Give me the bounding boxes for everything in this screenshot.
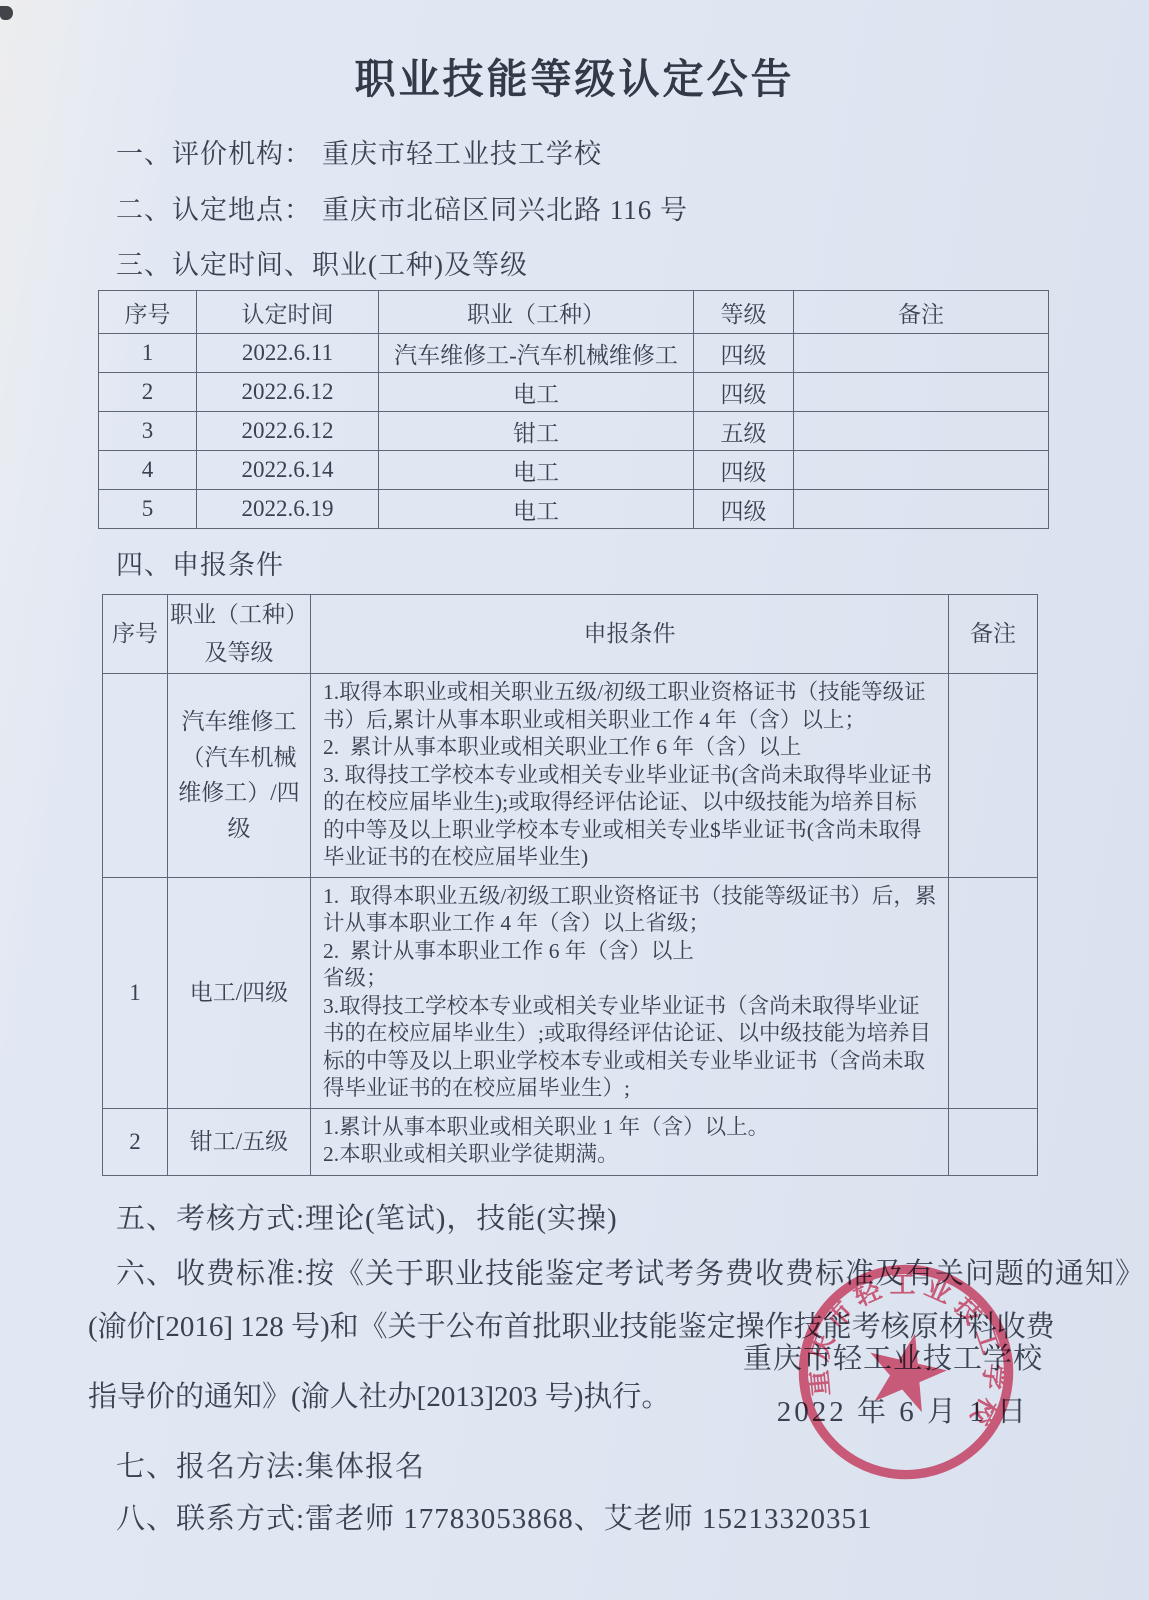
schedule-header-occupation: 职业（工种）: [379, 291, 694, 334]
cell-occupation: 钳工/五级: [168, 1108, 311, 1175]
schedule-header-level: 等级: [694, 291, 794, 334]
schedule-header-no: 序号: [99, 291, 197, 334]
cell-level: 四级: [694, 334, 794, 373]
conditions-header-no: 序号: [103, 595, 168, 674]
cell-remark: [949, 877, 1038, 1108]
cell-remark: [794, 334, 1049, 373]
cell-no: 2: [103, 1108, 168, 1175]
cell-conditions: 1. 取得本职业五级/初级工职业资格证书（技能等级证书）后，累计从事本职业工作 …: [311, 877, 949, 1108]
cell-occupation: 电工: [379, 373, 694, 412]
cell-remark: [794, 451, 1049, 490]
document-page: 职业技能等级认定公告 一、评价机构：重庆市轻工业技工学校 二、认定地点：重庆市北…: [0, 0, 1149, 1600]
table-row: 4 2022.6.14 电工 四级: [99, 451, 1049, 490]
cell-remark: [794, 412, 1049, 451]
cell-occupation: 电工: [379, 490, 694, 529]
cell-no: 3: [99, 412, 197, 451]
seal-star: [860, 1325, 954, 1416]
table-row: 1 电工/四级 1. 取得本职业五级/初级工职业资格证书（技能等级证书）后，累计…: [103, 877, 1038, 1108]
table-row: 汽车维修工（汽车机械维修工）/四级 1.取得本职业或相关职业五级/初级工职业资格…: [103, 674, 1038, 878]
cell-occupation: 汽车维修工（汽车机械维修工）/四级: [168, 674, 311, 878]
cell-occupation: 钳工: [379, 412, 694, 451]
conditions-header-occupation: 职业（工种） 及等级: [168, 595, 311, 674]
location-label: 二、认定地点：: [116, 195, 312, 225]
table-row: 5 2022.6.19 电工 四级: [99, 490, 1049, 529]
schedule-header-row: 序号 认定时间 职业（工种） 等级 备注: [99, 291, 1049, 334]
cell-no: 4: [99, 451, 197, 490]
cell-no: 5: [99, 490, 197, 529]
cell-level: 四级: [694, 451, 794, 490]
conditions-header-row: 序号 职业（工种） 及等级 申报条件 备注: [103, 595, 1038, 674]
evaluator-label: 一、评价机构：: [116, 139, 312, 169]
table-row: 3 2022.6.12 钳工 五级: [99, 412, 1049, 451]
cell-date: 2022.6.19: [197, 490, 379, 529]
section-contact: 八、联系方式:雷老师 17783053868、艾老师 15213320351: [116, 1496, 1149, 1537]
table-row: 1 2022.6.11 汽车维修工-汽车机械维修工 四级: [99, 334, 1049, 373]
cell-occupation: 电工: [379, 451, 694, 490]
occupation-text: 汽车维修工（汽车机械维修工）/四级: [168, 704, 310, 847]
cell-level: 四级: [694, 373, 794, 412]
cell-date: 2022.6.12: [197, 373, 379, 412]
schedule-header-remark: 备注: [794, 291, 1049, 334]
section-conditions-heading: 四、申报条件: [116, 543, 1149, 582]
cell-date: 2022.6.11: [197, 334, 379, 373]
conditions-header-remark: 备注: [949, 595, 1038, 674]
cell-no: 2: [99, 373, 197, 412]
conditions-header-conditions: 申报条件: [311, 595, 949, 674]
schedule-table: 序号 认定时间 职业（工种） 等级 备注 1 2022.6.11 汽车维修工-汽…: [98, 290, 1049, 529]
cell-date: 2022.6.14: [197, 451, 379, 490]
schedule-header-date: 认定时间: [197, 291, 379, 334]
cell-remark: [949, 674, 1038, 878]
table-row: 2 2022.6.12 电工 四级: [99, 373, 1049, 412]
section-evaluator: 一、评价机构：重庆市轻工业技工学校: [116, 132, 1149, 171]
table-row: 2 钳工/五级 1.累计从事本职业或相关职业 1 年（含）以上。 2.本职业或相…: [103, 1108, 1038, 1175]
cell-no: 1: [103, 877, 168, 1108]
cell-remark: [794, 490, 1049, 529]
cell-level: 五级: [694, 412, 794, 451]
occupation-text: 钳工/五级: [168, 1124, 310, 1160]
cell-date: 2022.6.12: [197, 412, 379, 451]
section-location: 二、认定地点：重庆市北碚区同兴北路 116 号: [116, 188, 1149, 227]
cell-remark: [794, 373, 1049, 412]
page-title: 职业技能等级认定公告: [0, 0, 1149, 105]
cell-occupation: 汽车维修工-汽车机械维修工: [379, 334, 694, 373]
cell-no: 1: [99, 334, 197, 373]
section-schedule-heading: 三、认定时间、职业(工种)及等级: [116, 243, 1149, 282]
school-seal-stamp: 重庆市轻工业技工学校: [779, 1245, 1033, 1499]
section-assessment: 五、考核方式:理论(笔试)，技能(实操): [116, 1196, 1149, 1237]
occupation-text: 电工/四级: [168, 975, 310, 1011]
evaluator-value: 重庆市轻工业技工学校: [322, 139, 602, 169]
cell-remark: [949, 1108, 1038, 1175]
cell-no: [103, 674, 168, 878]
cell-level: 四级: [694, 490, 794, 529]
scan-corner-artifact: [0, 6, 13, 20]
cell-occupation: 电工/四级: [168, 877, 311, 1108]
location-value: 重庆市北碚区同兴北路 116 号: [322, 195, 688, 225]
cell-conditions: 1.取得本职业或相关职业五级/初级工职业资格证书（技能等级证书）后,累计从事本职…: [311, 674, 949, 878]
cell-conditions: 1.累计从事本职业或相关职业 1 年（含）以上。 2.本职业或相关职业学徒期满。: [311, 1108, 949, 1175]
conditions-table: 序号 职业（工种） 及等级 申报条件 备注 汽车维修工（汽车机械维修工）/四级 …: [102, 594, 1038, 1176]
